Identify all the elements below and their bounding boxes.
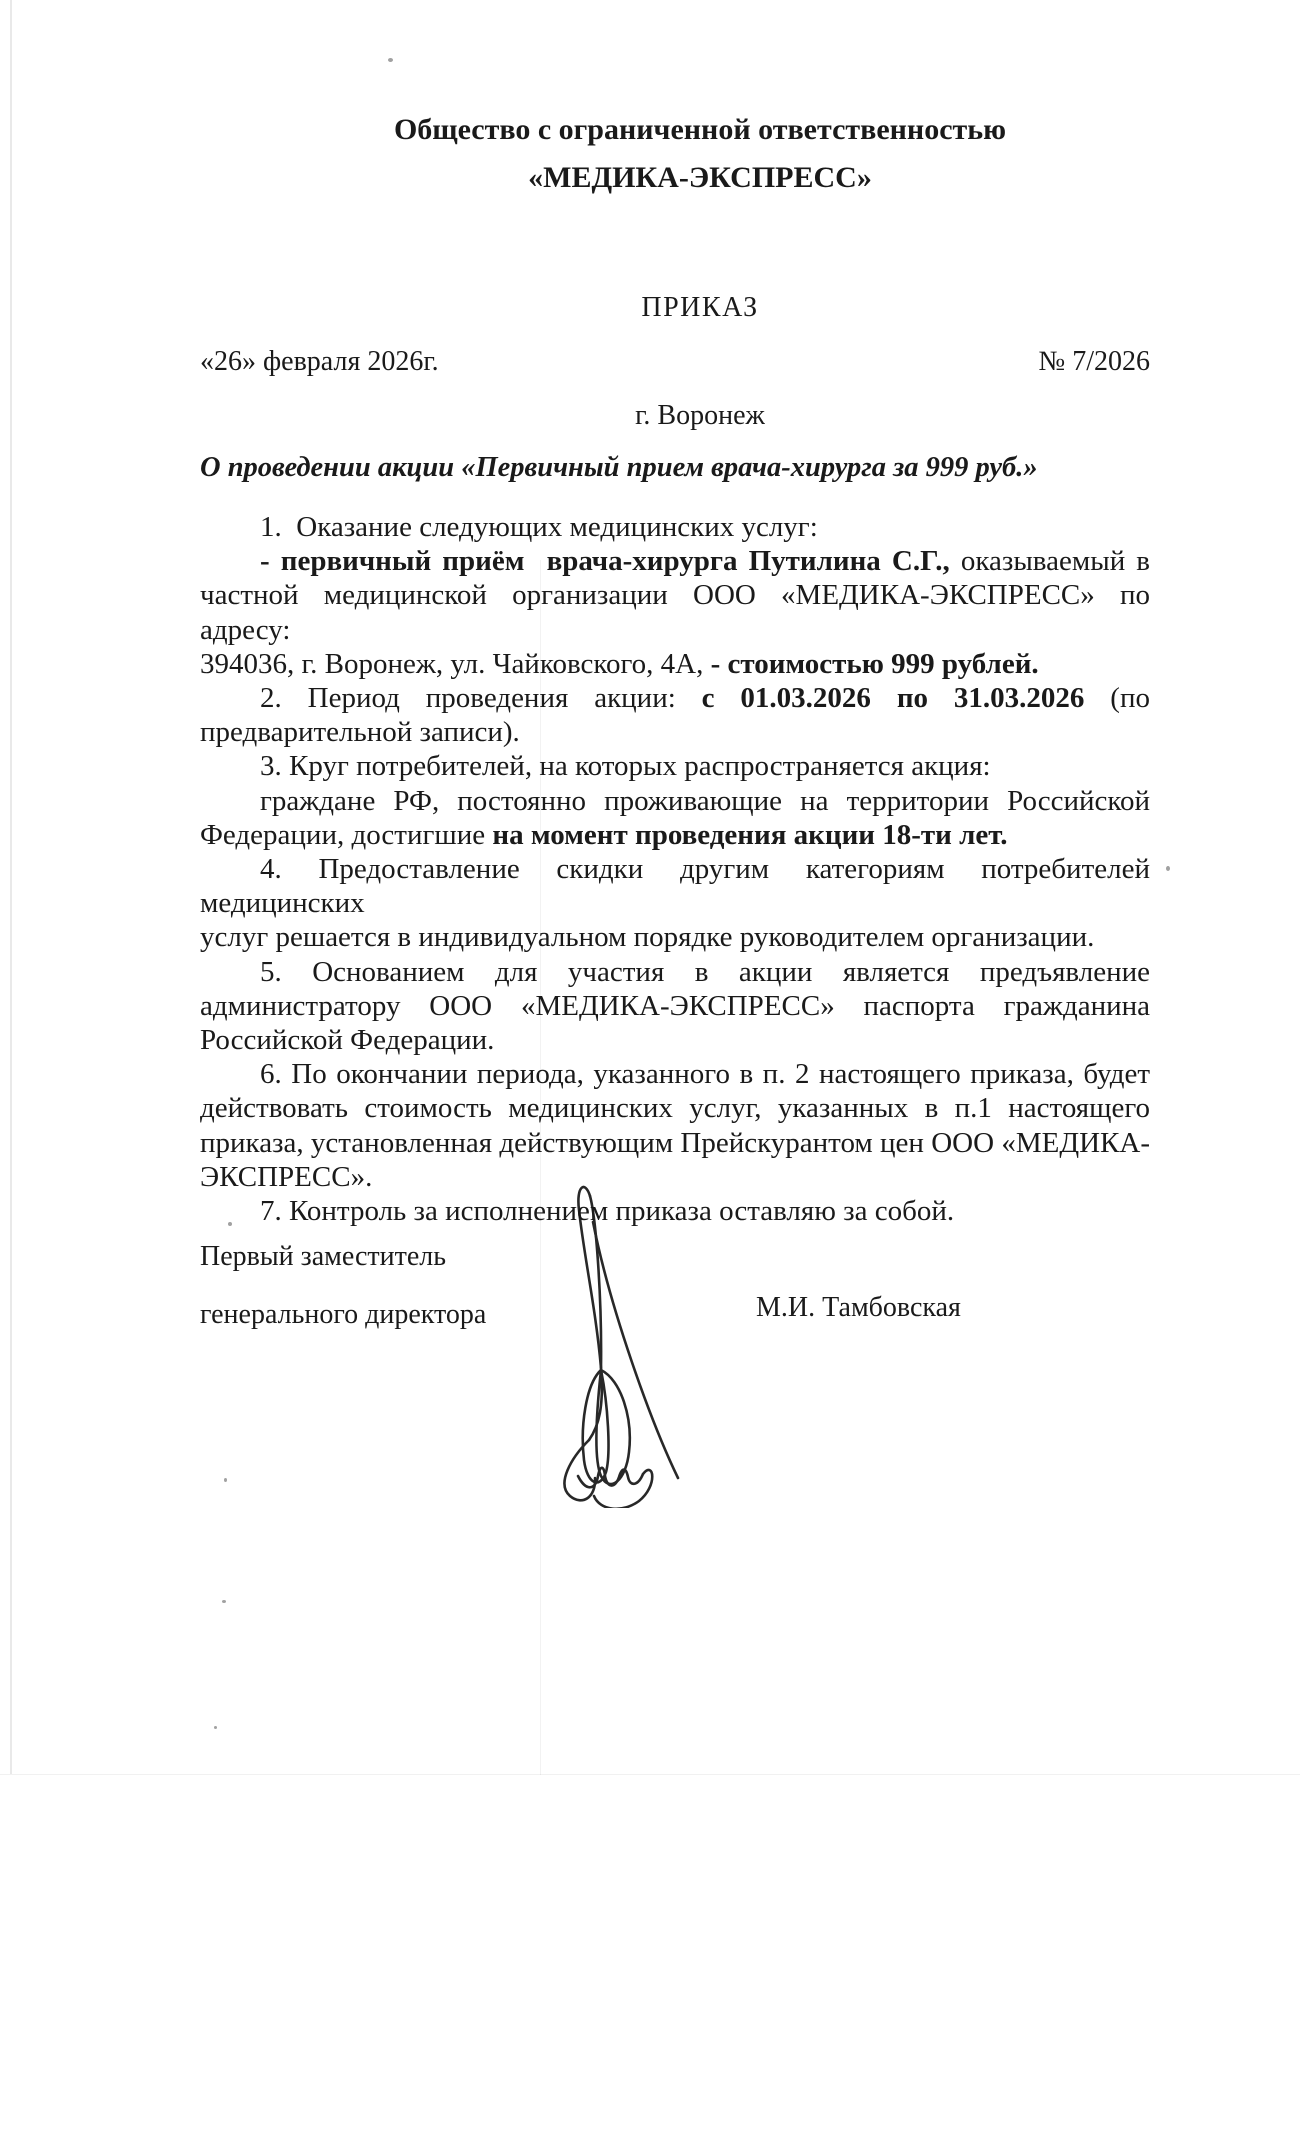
body-line: 3. Круг потребителей, на которых распрос… bbox=[200, 749, 1150, 783]
body-line: 2. Период проведения акции: с 01.03.2026… bbox=[200, 681, 1150, 715]
org-name-line2: «МЕДИКА-ЭКСПРЕСС» bbox=[100, 160, 1300, 196]
document-date: «26» февраля 2026г. bbox=[200, 346, 439, 378]
body-line: действовать стоимость медицинских услуг,… bbox=[200, 1091, 1150, 1125]
body-line: частной медицинской организации ООО «МЕД… bbox=[200, 578, 1150, 646]
body-line: приказа, установленная действующим Прейс… bbox=[200, 1126, 1150, 1160]
scan-speck bbox=[1166, 866, 1170, 871]
body-line: администратору ООО «МЕДИКА-ЭКСПРЕСС» пас… bbox=[200, 989, 1150, 1023]
document-city: г. Воронеж bbox=[100, 400, 1300, 432]
scan-speck bbox=[222, 1600, 226, 1603]
signer-position-line2: генерального директора bbox=[200, 1298, 486, 1332]
body-line: предварительной записи). bbox=[200, 715, 1150, 749]
body-line: Российской Федерации. bbox=[200, 1023, 1150, 1057]
body-line: - первичный приём врача-хирурга Путилина… bbox=[200, 544, 1150, 578]
body-line: 5. Основанием для участия в акции являет… bbox=[200, 955, 1150, 989]
body-line: граждане РФ, постоянно проживающие на те… bbox=[200, 784, 1150, 818]
scan-speck bbox=[388, 58, 393, 62]
body-line: 6. По окончании периода, указанного в п.… bbox=[200, 1057, 1150, 1091]
scan-page-bottom bbox=[0, 1774, 1300, 1775]
handwritten-signature bbox=[538, 1178, 738, 1508]
document-subject: О проведении акции «Первичный прием врач… bbox=[200, 452, 1160, 484]
body-line: 1. Оказание следующих медицинских услуг: bbox=[200, 510, 1150, 544]
document-type-title: ПРИКАЗ bbox=[100, 292, 1300, 324]
scan-edge-line bbox=[10, 0, 12, 1775]
signer-name: М.И. Тамбовская bbox=[756, 1292, 961, 1324]
signer-position-line1: Первый заместитель bbox=[200, 1240, 446, 1274]
body-line: Федерации, достигшие на момент проведени… bbox=[200, 818, 1150, 852]
scan-speck bbox=[224, 1478, 227, 1482]
scan-speck bbox=[214, 1726, 217, 1729]
body-lines: 1. Оказание следующих медицинских услуг:… bbox=[200, 510, 1150, 1228]
body-line: 4. Предоставление скидки другим категори… bbox=[200, 852, 1150, 920]
document-number: № 7/2026 bbox=[950, 346, 1150, 378]
body-line: услуг решается в индивидуальном порядке … bbox=[200, 920, 1150, 954]
org-name-line1: Общество с ограниченной ответственностью bbox=[100, 112, 1300, 148]
body-line: 394036, г. Воронеж, ул. Чайковского, 4А,… bbox=[200, 647, 1150, 681]
document-page: Общество с ограниченной ответственностью… bbox=[0, 0, 1300, 2139]
